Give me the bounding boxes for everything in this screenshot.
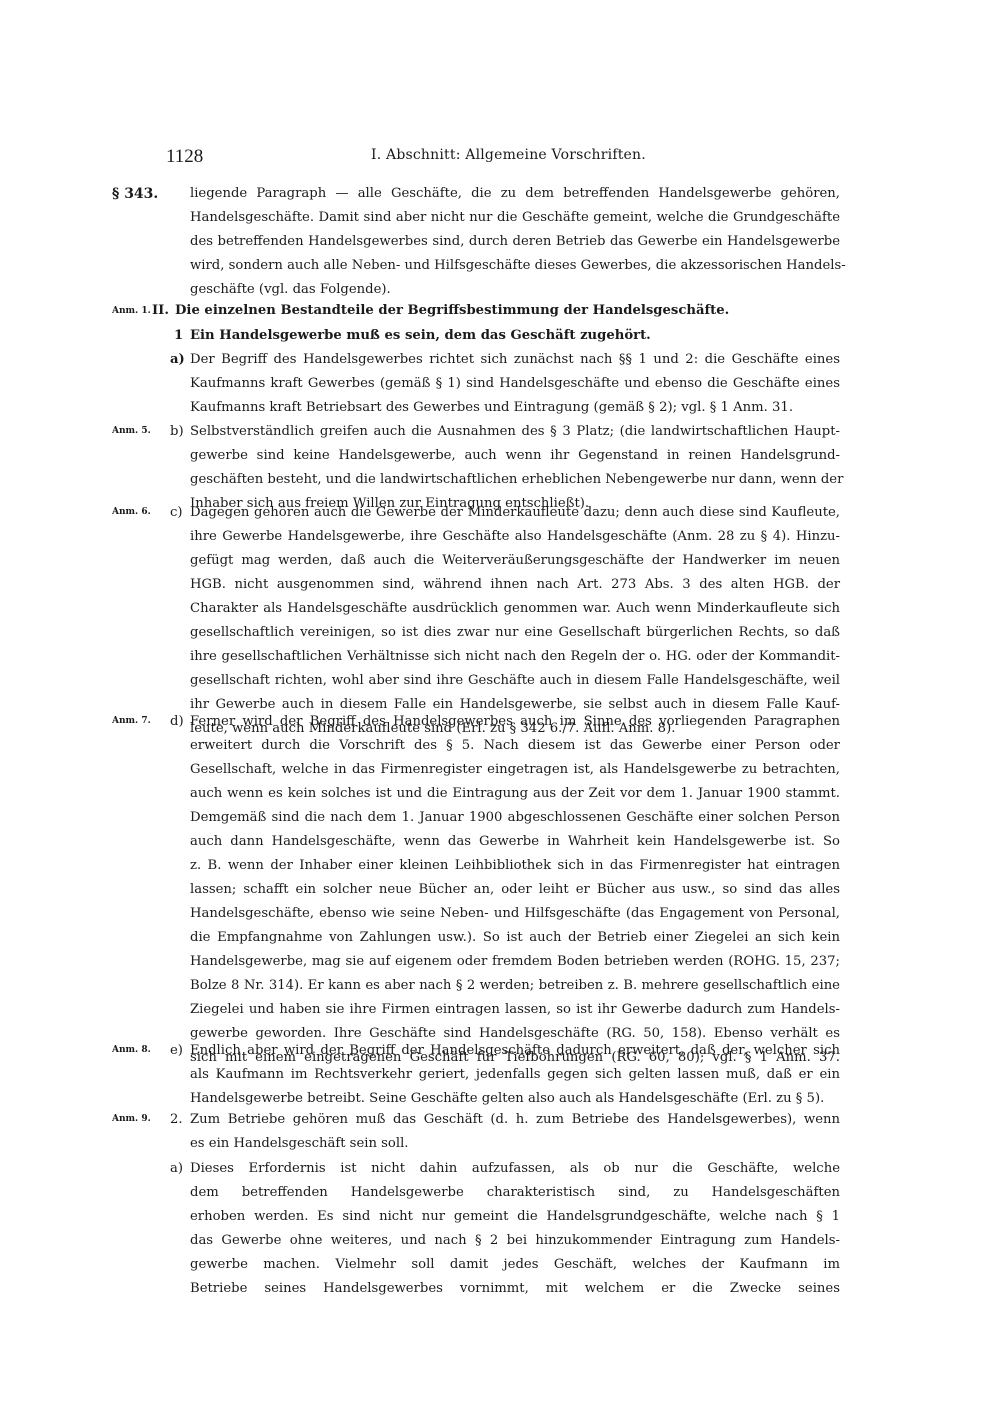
- text-line: gesellschaft richten, wohl aber sind ihr…: [190, 669, 840, 693]
- text-line: liegende Paragraph — alle Geschäfte, die…: [190, 182, 840, 206]
- text-line: Endlich aber wird der Begriff der Handel…: [190, 1039, 840, 1063]
- text-line: Bolze 8 Nr. 314). Er kann es aber nach §…: [190, 974, 840, 998]
- text-line: Ziegelei und haben sie ihre Firmen eintr…: [190, 998, 840, 1022]
- text-line: Kaufmanns kraft Betriebsart des Gewerbes…: [190, 396, 840, 420]
- subsection-number: 1: [174, 324, 183, 348]
- margin-note: Anm. 7.: [112, 716, 151, 726]
- text-line: Der Begriff des Handelsgewerbes richtet …: [190, 348, 840, 372]
- item-label: c): [170, 501, 183, 525]
- text-line: Zum Betriebe gehören muß das Geschäft (d…: [190, 1108, 840, 1132]
- text-line: HGB. nicht ausgenommen sind, während ihn…: [190, 573, 840, 597]
- text-line: Handelsgeschäfte, ebenso wie seine Neben…: [190, 902, 840, 926]
- subsection-heading: Ein Handelsgewerbe muß es sein, dem das …: [190, 324, 840, 348]
- text-line: Betriebe seines Handelsgewerbes vornimmt…: [190, 1277, 840, 1301]
- text-line: die Empfangnahme von Zahlungen usw.). So…: [190, 926, 840, 950]
- text-line: Dagegen gehören auch die Gewerbe der Min…: [190, 501, 840, 525]
- text-line: Dieses Erfordernis ist nicht dahin aufzu…: [190, 1157, 840, 1181]
- margin-note: Anm. 6.: [112, 507, 151, 517]
- text-line: Selbstverständlich greifen auch die Ausn…: [190, 420, 840, 444]
- text-line: wird, sondern auch alle Neben- und Hilfs…: [190, 254, 840, 278]
- item-label: e): [170, 1039, 183, 1063]
- text-line: ihre gesellschaftlichen Verhältnisse sic…: [190, 645, 840, 669]
- section-mark: § 343.: [112, 186, 158, 202]
- text-line: lassen; schafft ein solcher neue Bücher …: [190, 878, 840, 902]
- text-line: gesellschaftlich vereinigen, so ist dies…: [190, 621, 840, 645]
- text-line: dem betreffenden Handelsgewerbe charakte…: [190, 1181, 840, 1205]
- page-header: 1128 I. Abschnitt: Allgemeine Vorschrift…: [166, 146, 866, 170]
- item-label: a): [170, 348, 185, 372]
- text-line: gefügt mag werden, daß auch die Weiterve…: [190, 549, 840, 573]
- text-line: Ferner wird der Begriff des Handelsgewer…: [190, 710, 840, 734]
- text-line: z. B. wenn der Inhaber einer kleinen Lei…: [190, 854, 840, 878]
- text-line: geschäften besteht, und die landwirtscha…: [190, 468, 840, 492]
- text-line: ihre Gewerbe Handelsgewerbe, ihre Geschä…: [190, 525, 840, 549]
- text-line: das Gewerbe ohne weiteres, und nach § 2 …: [190, 1229, 840, 1253]
- item-label: d): [170, 710, 184, 734]
- item-label: a): [170, 1157, 183, 1181]
- section-heading: Die einzelnen Bestandteile der Begriffsb…: [175, 299, 840, 323]
- text-line: auch wenn es kein solches ist und die Ei…: [190, 782, 840, 806]
- page-number: 1128: [166, 146, 203, 168]
- text-line: als Kaufmann im Rechtsverkehr geriert, j…: [190, 1063, 840, 1087]
- running-title: I. Abschnitt: Allgemeine Vorschriften.: [371, 147, 646, 163]
- text-line: Handelsgewerbe, mag sie auf eigenem oder…: [190, 950, 840, 974]
- text-line: erhoben werden. Es sind nicht nur gemein…: [190, 1205, 840, 1229]
- document-page: 1128 I. Abschnitt: Allgemeine Vorschrift…: [0, 0, 1000, 1418]
- margin-note: Anm. 1.: [112, 306, 151, 316]
- text-line: es ein Handelsgeschäft sein soll.: [190, 1132, 840, 1156]
- item-label: b): [170, 420, 184, 444]
- text-line: Handelsgeschäfte. Damit sind aber nicht …: [190, 206, 840, 230]
- text-line: Kaufmanns kraft Gewerbes (gemäß § 1) sin…: [190, 372, 840, 396]
- text-line: gewerbe machen. Vielmehr soll damit jede…: [190, 1253, 840, 1277]
- text-line: Demgemäß sind die nach dem 1. Januar 190…: [190, 806, 840, 830]
- text-line: erweitert durch die Vorschrift des § 5. …: [190, 734, 840, 758]
- text-line: Charakter als Handelsgeschäfte ausdrückl…: [190, 597, 840, 621]
- text-line: gewerbe sind keine Handelsgewerbe, auch …: [190, 444, 840, 468]
- text-line: des betreffenden Handelsgewerbes sind, d…: [190, 230, 840, 254]
- text-line: Gesellschaft, welche in das Firmenregist…: [190, 758, 840, 782]
- section-numeral: II.: [152, 299, 169, 323]
- subsection-number: 2.: [170, 1108, 183, 1132]
- margin-note: Anm. 5.: [112, 426, 151, 436]
- text-line: auch dann Handelsgeschäfte, wenn das Gew…: [190, 830, 840, 854]
- margin-note: Anm. 8.: [112, 1045, 151, 1055]
- margin-note: Anm. 9.: [112, 1114, 151, 1124]
